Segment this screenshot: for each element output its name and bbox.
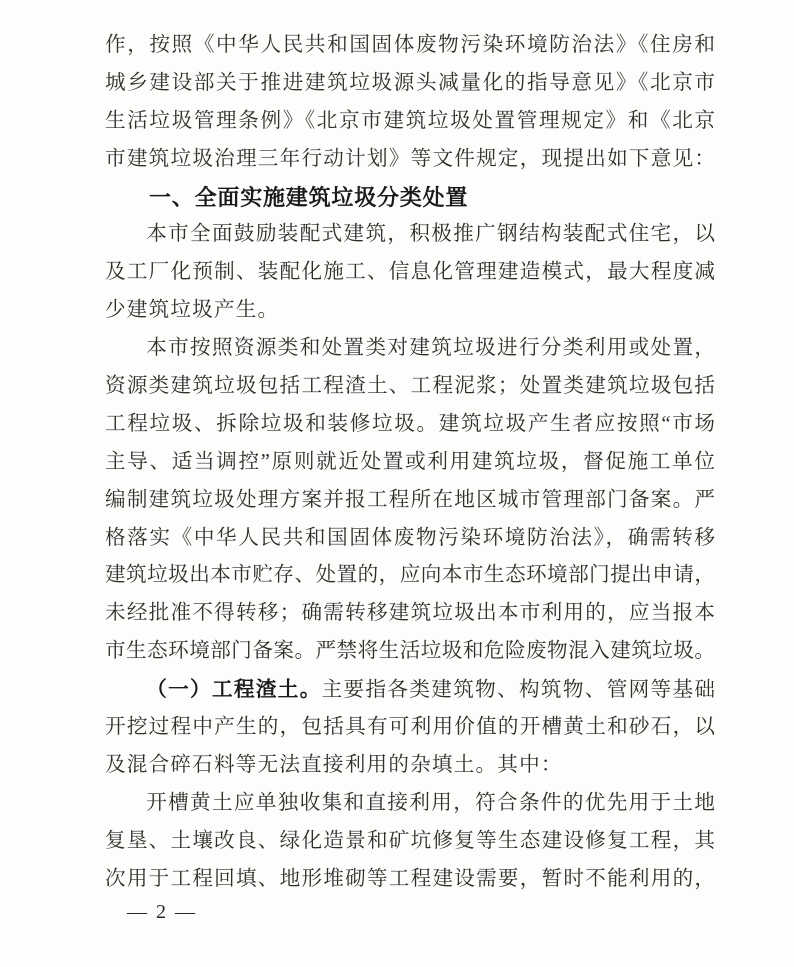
document-line: 未经批准不得转移；确需转移建筑垃圾出本市利用的，应当报本: [105, 595, 715, 633]
document-line: 编制建筑垃圾处理方案并报工程所在地区城市管理部门备案。严: [105, 482, 715, 520]
document-line: 建筑垃圾出本市贮存、处置的，应向本市生态环境部门提出申请，: [105, 557, 715, 595]
document-line: 及混合碎石料等无法直接利用的杂填土。其中：: [105, 747, 715, 785]
document-line: 市生态环境部门备案。严禁将生活垃圾和危险废物混入建筑垃圾。: [105, 633, 715, 671]
section-heading: 一、全面实施建筑垃圾分类处置: [105, 179, 715, 217]
document-line: 本市按照资源类和处置类对建筑垃圾进行分类利用或处置，: [105, 330, 715, 368]
document-line: 少建筑垃圾产生。: [105, 292, 715, 330]
document-line: 主导、适当调控”原则就近处置或利用建筑垃圾，督促施工单位: [105, 444, 715, 482]
document-line: 开挖过程中产生的，包括具有可利用价值的开槽黄土和砂石，以: [105, 709, 715, 747]
document-line: 次用于工程回填、地形堆砌等工程建设需要，暂时不能利用的，: [105, 861, 715, 899]
page-number: — 2 —: [127, 901, 197, 924]
document-line: 复垦、土壤改良、绿化造景和矿坑修复等生态建设修复工程，其: [105, 823, 715, 861]
document-line: 生活垃圾管理条例》《北京市建筑垃圾处置管理规定》和《北京: [105, 103, 715, 141]
document-line: 城乡建设部关于推进建筑垃圾源头减量化的指导意见》《北京市: [105, 65, 715, 103]
document-line: 市建筑垃圾治理三年行动计划》等文件规定，现提出如下意见：: [105, 141, 715, 179]
document-page: 作，按照《中华人民共和国固体废物污染环境防治法》《住房和 城乡建设部关于推进建筑…: [0, 0, 794, 967]
document-line: 格落实《中华人民共和国固体废物污染环境防治法》，确需转移: [105, 520, 715, 558]
document-line: 开槽黄土应单独收集和直接利用，符合条件的优先用于土地: [105, 785, 715, 823]
document-text-block: 作，按照《中华人民共和国固体废物污染环境防治法》《住房和 城乡建设部关于推进建筑…: [105, 27, 715, 898]
document-line: 及工厂化预制、装配化施工、信息化管理建造模式，最大程度减: [105, 254, 715, 292]
clause-heading: （一）工程渣土。: [146, 678, 321, 701]
document-line: 资源类建筑垃圾包括工程渣土、工程泥浆；处置类建筑垃圾包括: [105, 368, 715, 406]
clause-body-text: 主要指各类建筑物、构筑物、管网等基础: [322, 679, 715, 701]
document-line: 本市全面鼓励装配式建筑，积极推广钢结构装配式住宅，以: [105, 216, 715, 254]
document-line: 作，按照《中华人民共和国固体废物污染环境防治法》《住房和: [105, 27, 715, 65]
document-line: （一）工程渣土。主要指各类建筑物、构筑物、管网等基础: [105, 671, 715, 709]
document-line: 工程垃圾、拆除垃圾和装修垃圾。建筑垃圾产生者应按照“市场: [105, 406, 715, 444]
